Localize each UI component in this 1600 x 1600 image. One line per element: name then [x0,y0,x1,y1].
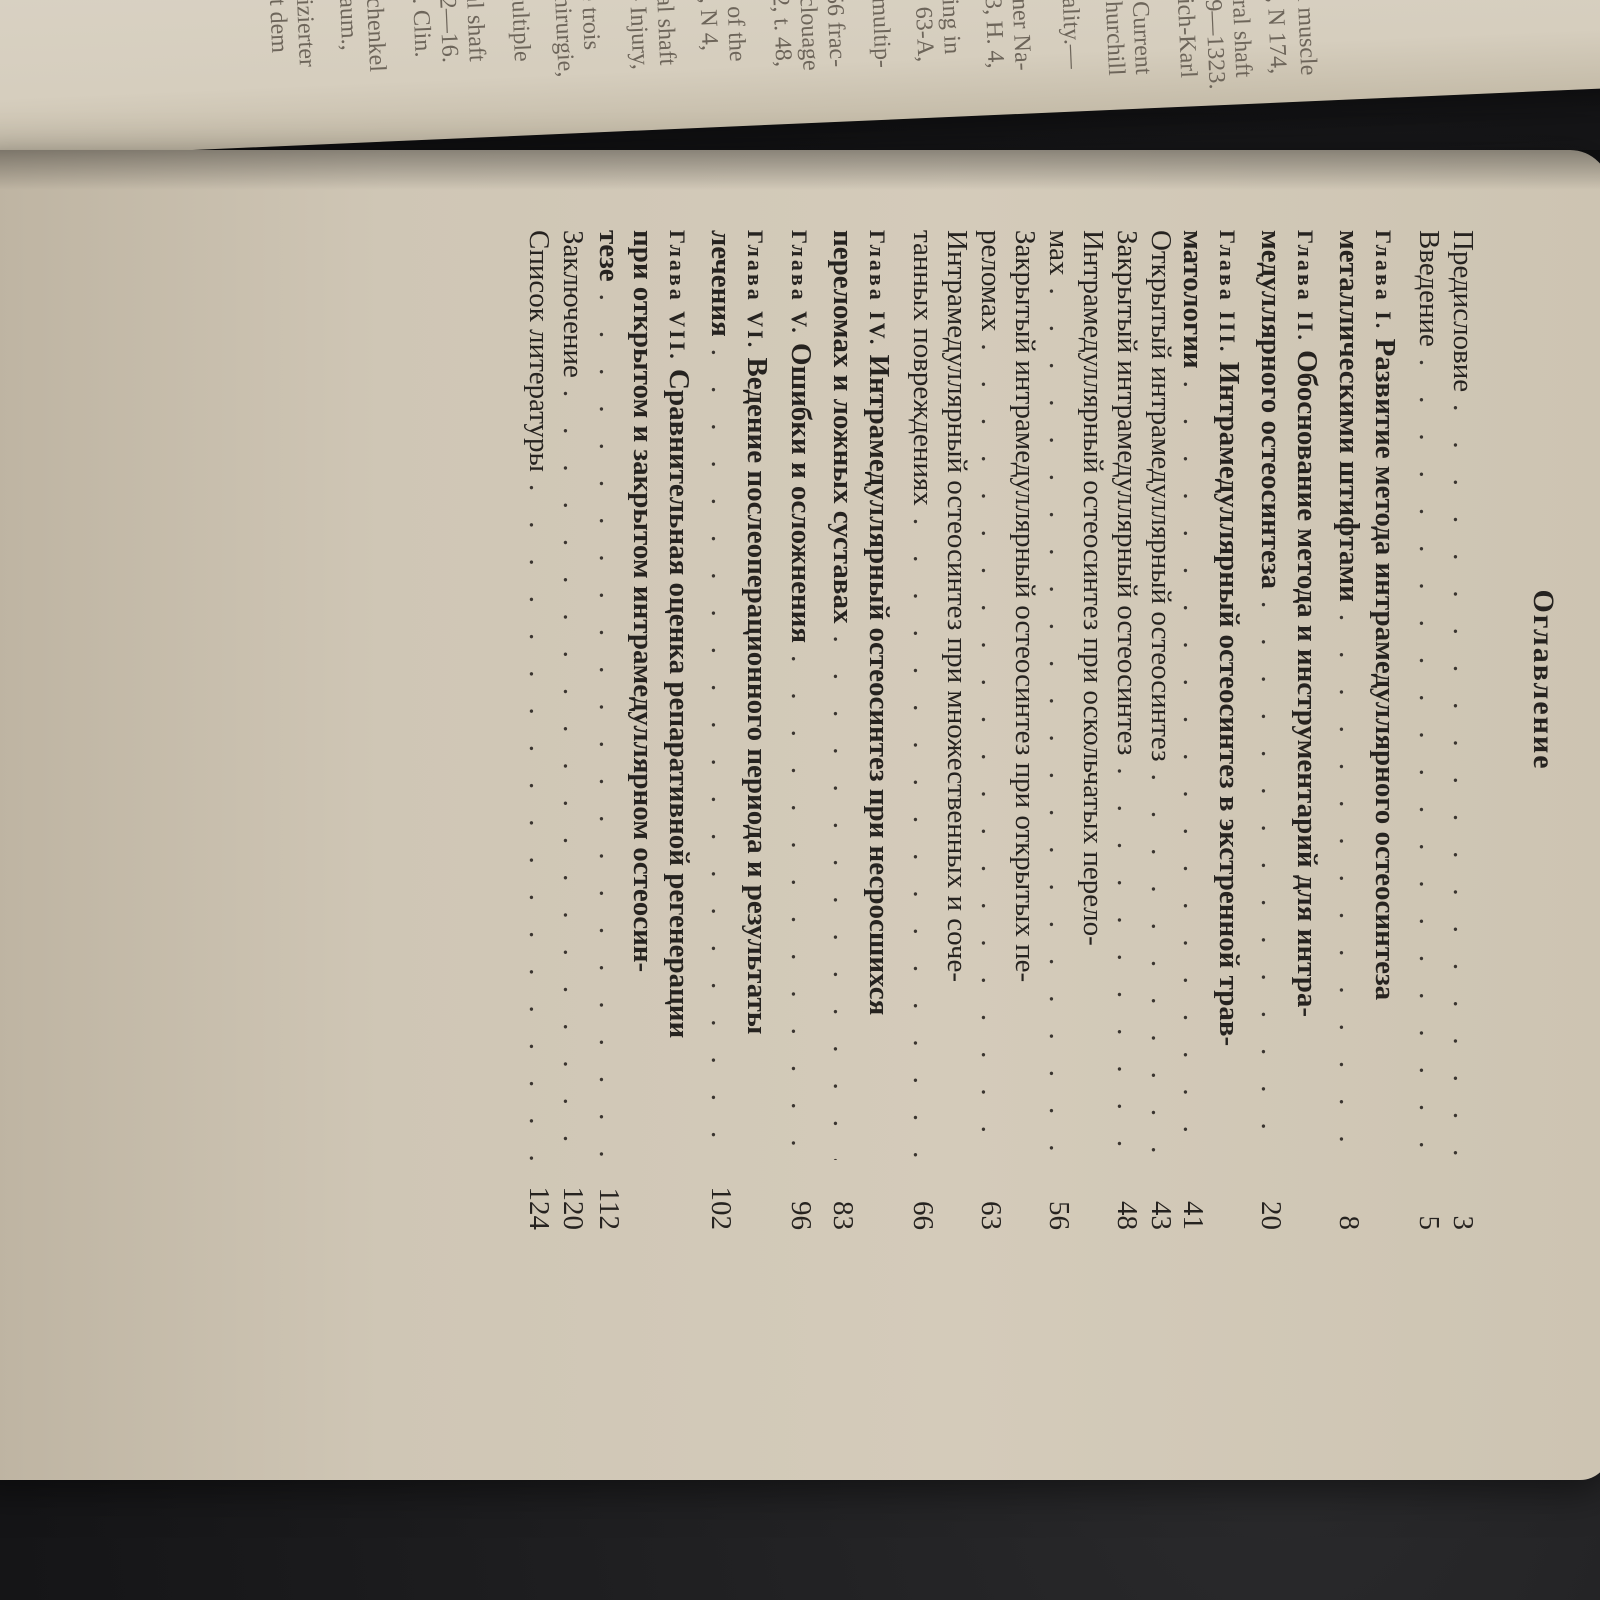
toc-page-number: 41 [1176,1160,1210,1230]
toc-entry-text: Интрамедуллярный остеосинтез при несросш… [863,355,895,1016]
toc-entry: Интрамедуллярный остеосинтез при оскольч… [1042,230,1110,1230]
toc-page-number: 83 [826,1160,860,1230]
reference-fragment: — Injury, [624,0,652,70]
chapter-label: Глава VI. [743,230,768,350]
reference-fragment: ith multip- [866,0,894,68]
reference-fragment: fizierter [292,0,319,67]
toc-entry: Заключение..............................… [556,230,590,1230]
toc-entry: Интрамедуллярный остеосинтез при множест… [906,230,974,1230]
leader-dots: ........................................… [974,331,1008,1160]
toc-page-number: 112 [592,1160,626,1230]
leader-dots: ........................................… [704,337,738,1160]
toc-page-number: 124 [522,1160,556,1230]
chapter-label: Глава VII. [665,230,690,362]
toc-title: Оглавление [1526,480,1560,880]
toc-page-number: 5 [1412,1160,1446,1230]
toc-entry-text-continued: при открытом и закрытом интрамедуллярном… [626,230,660,972]
toc-entry-text: Развитие метода интрамедуллярного остеос… [1369,339,1401,1001]
leader-dots: ........................................… [906,506,940,1160]
toc-entry: Закрытый интрамедуллярный остеосинтез пр… [974,230,1042,1230]
leader-dots: ........................................… [784,643,818,1160]
reference-fragment: de trois [576,0,603,50]
toc-entry-text: Интрамедуллярный остеосинтез в экстренно… [1213,362,1245,1046]
chapter-label: Глава I. [1371,230,1396,331]
toc-entry-chapter-7: Глава VII. Сравнительная оценка репарати… [592,230,696,1230]
toc-entry-text: Сравнительная оценка репаративной регене… [663,369,695,1038]
reference-fragment: 14, N 4, [694,0,721,51]
reference-fragment: g. 13, H. 4, [979,0,1008,69]
toc-entry-text: Открытый интрамедуллярный остеосинтез [1144,230,1178,762]
reference-fragment: vol. 63-A, [909,0,937,63]
toc-entry-text: Заключение [556,230,590,378]
toc-page-number: 56 [1042,1160,1076,1230]
chapter-label: Глава II. [1293,230,1318,343]
toc-entry-text-continued: матологии [1176,230,1210,369]
toc-entry-text: Ведение послеоперационного периода и рез… [741,357,773,1034]
toc-entry-text: Закрытый интрамедуллярный остеосинтез [1110,230,1144,755]
toc-page-number: 63 [974,1160,1008,1230]
reference-fragment: - In: Current [1126,0,1155,75]
toc-entry-text-continued: реломах [974,230,1008,331]
toc-page-number: 43 [1144,1160,1178,1230]
toc-entry-text-continued: танных повреждениях [906,230,940,506]
reference-fragment: riedrich-Karl [1171,0,1200,78]
toc-entry-text: Предисловие [1446,230,1480,392]
toc-entry-chapter-3: Глава III. Интрамедуллярный остеосинтез … [1176,230,1246,1230]
toc-entry-text: Закрытый интрамедуллярный остеосинтез пр… [1008,230,1042,982]
leader-dots: ........................................… [1412,347,1446,1160]
toc-page-number: 48 [1110,1160,1144,1230]
reference-fragment: 1983, N 174, [1261,0,1290,74]
chapter-label: Глава IV. [865,230,890,347]
toc-entry: Закрытый интрамедуллярный остеосинтез...… [1110,230,1144,1230]
leader-dots: ........................................… [1254,589,1288,1160]
reference-fragment: on on muscle [1291,0,1321,76]
toc-page-number: 8 [1332,1160,1366,1230]
reference-fragment: it dem [265,0,292,53]
toc-entry-text-continued: лечения [704,230,738,337]
toc-page-number: 96 [784,1160,818,1230]
reference-fragment: res of the [721,0,749,62]
toc-entry-text: Интрамедуллярный остеосинтез при множест… [940,230,974,982]
leader-dots: ........................................… [1332,602,1366,1160]
reference-fragment: Chirurgie, [549,0,577,78]
reference-fragment: raum., [335,0,362,51]
toc-entry-text-continued: переломах и ложных суставах [826,230,860,623]
reference-fragment: . 1319—1323. [1199,0,1229,90]
reference-fragment: offener Na- [1006,0,1035,71]
reference-fragment: p. Clin. [408,0,435,58]
leader-dots: ........................................… [1042,276,1076,1160]
toc-page-number: 3 [1446,1160,1480,1230]
reference-fragment: schenkel [362,0,390,72]
toc-entry-text: Список литературы [522,230,556,472]
toc-entry-text: Ошибки и осложнения [785,343,817,643]
leader-dots: ........................................… [1446,392,1480,1160]
toc-entry-text: Интрамедуллярный остеосинтез при оскольч… [1076,230,1110,946]
reference-fragment: c.: Churchill [1099,0,1128,76]
toc-entry-chapter-2: Глава II. Обоснование метода и инструмен… [1254,230,1324,1230]
leader-dots: ........................................… [556,378,590,1160]
reference-fragment: multiple [506,0,533,62]
toc-entry-text-continued: металлическими штифтами [1332,230,1366,602]
reference-fragment: 'enclouage [794,0,822,71]
reference-fragment: femoral shaft [1226,0,1256,78]
toc-page-number: 20 [1254,1160,1288,1230]
reference-fragment: . 156 frac- [821,0,849,68]
reference-fragment: oral shaft [651,0,679,66]
leader-dots: ........................................… [1110,755,1144,1160]
toc-page-number: 102 [704,1160,738,1230]
toc-entry-text: Введение [1412,230,1446,347]
reference-fragment: 982, t. 48, [767,0,795,67]
toc-entry-chapter-6: Глава VI. Ведение послеоперационного пер… [704,230,774,1230]
toc-entry: Открытый интрамедуллярный остеосинтез...… [1144,230,1178,1230]
toc-entry: Предисловие.............................… [1446,230,1480,1230]
toc-entry-text-continued: мах [1042,230,1076,276]
toc-entry: Список литературы.......................… [522,230,556,1230]
chapter-label: Глава V. [787,230,812,336]
toc-entry-chapter-4: Глава IV. Интрамедуллярный остеосинтез п… [826,230,896,1230]
leader-dots: ........................................… [1144,762,1178,1160]
leader-dots: ........................................… [826,623,860,1160]
reference-fragment: ral shaft [462,0,489,62]
toc-page-number: 120 [556,1160,590,1230]
toc-entry: Введение................................… [1412,230,1446,1230]
toc-entry-text-continued: тезе [592,230,626,282]
leader-dots: ........................................… [592,282,626,1160]
toc-entry-text-continued: медуллярного остеосинтеза [1254,230,1288,589]
toc-entry-text: Обоснование метода и инструментарий для … [1291,350,1323,1017]
toc-entry-chapter-5: Глава V. Ошибки и осложнения............… [782,230,818,1230]
reference-fragment: 12—16. [435,0,462,63]
reference-fragment: actuality.— [1056,0,1085,69]
table-of-contents: Оглавление Предисловие..................… [300,230,1560,1230]
page-gutter-shadow [0,150,1600,190]
reference-fragment: nailing in [936,0,964,55]
leader-dots: ........................................… [522,472,556,1160]
toc-page-number: 66 [906,1160,940,1230]
toc-entry-chapter-1: Глава I. Развитие метода интрамедуллярно… [1332,230,1402,1230]
chapter-label: Глава III. [1215,230,1240,354]
leader-dots: ........................................… [1176,369,1210,1160]
